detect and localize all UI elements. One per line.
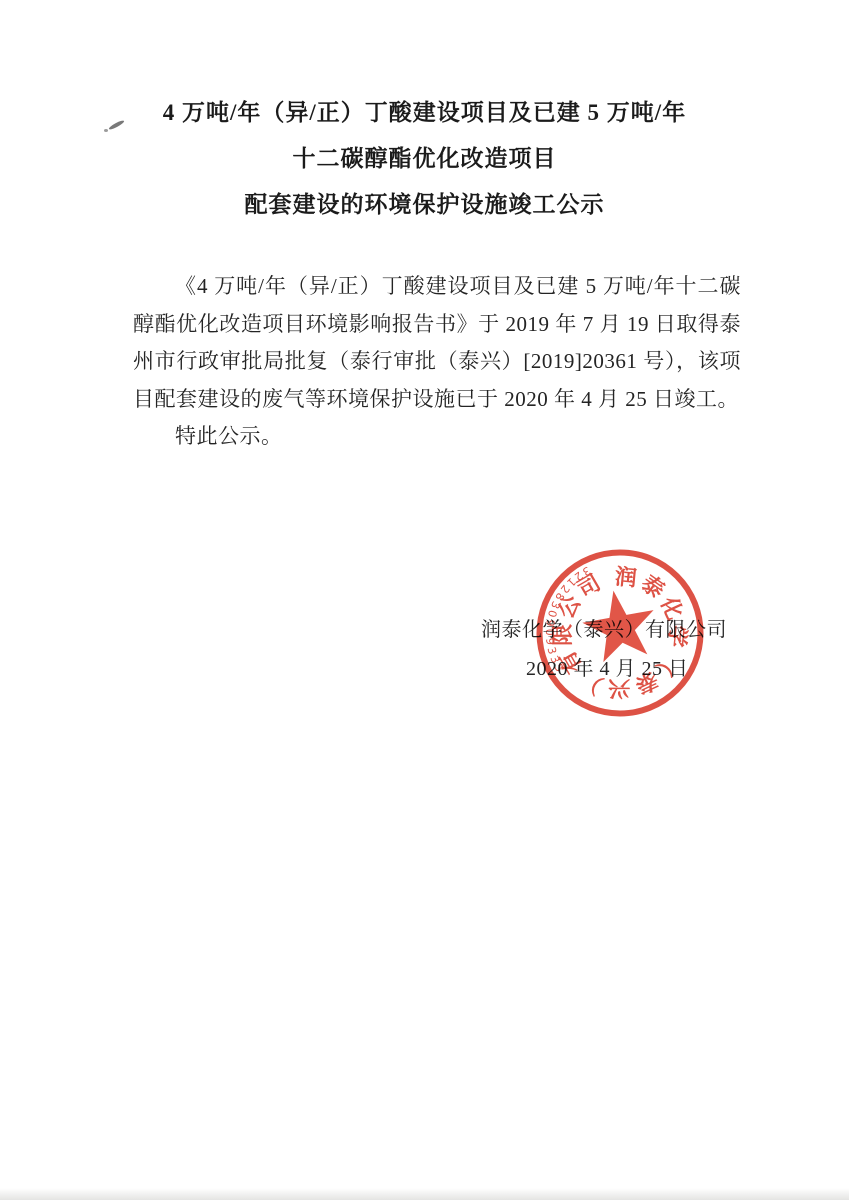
- notice-title: 4 万吨/年（异/正）丁酸建设项目及已建 5 万吨/年 十二碳醇酯优化改造项目 …: [0, 90, 849, 228]
- closing-statement: 特此公示。: [133, 418, 741, 456]
- company-seal-stamp: 润泰化学（泰兴）有限公司 3212830909335: [508, 521, 732, 745]
- pen-smudge-dot: [104, 129, 108, 132]
- scanned-notice-page: 4 万吨/年（异/正）丁酸建设项目及已建 5 万吨/年 十二碳醇酯优化改造项目 …: [0, 0, 849, 1200]
- notice-title-line-2: 十二碳醇酯优化改造项目: [0, 136, 849, 182]
- notice-paragraph: 《4 万吨/年（异/正）丁酸建设项目及已建 5 万吨/年十二碳醇酯优化改造项目环…: [133, 268, 741, 418]
- notice-title-line-3: 配套建设的环境保护设施竣工公示: [0, 182, 849, 228]
- notice-title-line-1: 4 万吨/年（异/正）丁酸建设项目及已建 5 万吨/年: [0, 90, 849, 136]
- notice-body: 《4 万吨/年（异/正）丁酸建设项目及已建 5 万吨/年十二碳醇酯优化改造项目环…: [133, 268, 741, 456]
- scan-edge-shadow: [0, 1188, 849, 1200]
